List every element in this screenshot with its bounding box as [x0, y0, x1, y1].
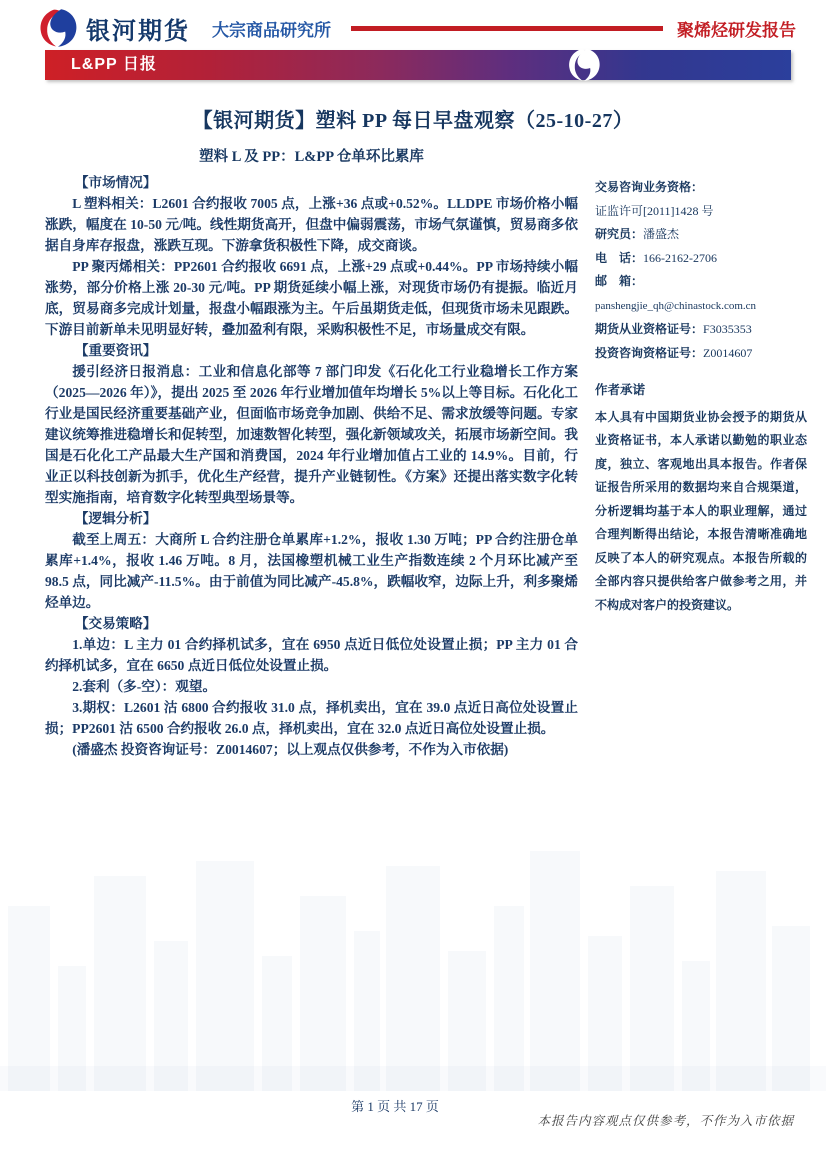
paragraph: 2.套利（多-空）：观望。: [45, 676, 578, 697]
section-heading-market: 【市场情况】: [45, 172, 578, 193]
section-heading-logic: 【逻辑分析】: [45, 508, 578, 529]
futures-cert-line: 期货从业资格证号：F3035353: [595, 322, 807, 337]
report-body: 【市场情况】 L 塑料相关：L2601 合约报收 7005 点，上涨+36 点或…: [45, 172, 578, 760]
researcher-line: 研究员：潘盛杰: [595, 227, 807, 242]
author-commitment: 作者承诺 本人具有中国期货业协会授予的期货从业资格证书，本人承诺以勤勉的职业态度…: [595, 383, 807, 618]
paragraph: 援引经济日报消息：工业和信息化部等 7 部门印发《石化化工行业稳增长工作方案（2…: [45, 361, 578, 508]
brand-name: 银河期货: [86, 11, 190, 46]
report-banner: L&PP 日报: [45, 50, 791, 80]
commitment-text: 本人具有中国期货业协会授予的期货从业资格证书，本人承诺以勤勉的职业态度，独立、客…: [595, 406, 807, 618]
paragraph: 截至上周五：大商所 L 合约注册仓单累库+1.2%，报收 1.30 万吨；PP …: [45, 529, 578, 613]
banner-title: L&PP 日报: [45, 50, 791, 80]
city-skyline-watermark: [0, 836, 826, 1091]
page-subtitle: 塑料 L 及 PP：L&PP 仓单环比累库: [45, 145, 578, 166]
email-label-line: 邮 箱：: [595, 274, 807, 289]
qualification-label: 交易咨询业务资格：: [595, 180, 807, 195]
phone-line: 电 话：166-2162-2706: [595, 251, 807, 266]
paragraph: L 塑料相关：L2601 合约报收 7005 点，上涨+36 点或+0.52%。…: [45, 193, 578, 256]
report-page: 银河期货 大宗商品研究所 聚烯烃研发报告 L&PP 日报 【银河期货】塑料 PP…: [0, 0, 826, 1169]
advisory-cert-line: 投资咨询资格证号：Z0014607: [595, 346, 807, 361]
footer-disclaimer: 本报告内容观点仅供参考，不作为入市依据: [537, 1111, 794, 1129]
institute-name: 大宗商品研究所: [212, 16, 331, 41]
author-sidebar: 交易咨询业务资格： 证监许可[2011]1428 号 研究员：潘盛杰 电 话：1…: [595, 180, 807, 617]
header-divider-line: [351, 26, 663, 31]
report-series-tag: 聚烯烃研发报告: [677, 16, 796, 41]
paragraph: 1.单边：L 主力 01 合约择机试多，宜在 6950 点近日低位处设置止损；P…: [45, 634, 578, 676]
qualification-value: 证监许可[2011]1428 号: [595, 204, 807, 219]
paragraph: PP 聚丙烯相关：PP2601 合约报收 6691 点，上涨+29 点或+0.4…: [45, 256, 578, 340]
commitment-title: 作者承诺: [595, 383, 807, 398]
email-address: panshengjie_qh@chinastock.com.cn: [595, 300, 756, 312]
header: 银河期货 大宗商品研究所 聚烯烃研发报告: [38, 7, 796, 49]
section-heading-news: 【重要资讯】: [45, 340, 578, 361]
page-title: 【银河期货】塑料 PP 每日早盘观察（25-10-27）: [0, 104, 826, 133]
email-value-line: panshengjie_qh@chinastock.com.cn: [595, 298, 807, 314]
banner-swirl-icon: [567, 47, 601, 83]
section-heading-strategy: 【交易策略】: [45, 613, 578, 634]
galaxy-swirl-icon: [38, 8, 78, 48]
paragraph: (潘盛杰 投资咨询证号：Z0014607；以上观点仅供参考，不作为入市依据): [45, 739, 578, 760]
paragraph: 3.期权：L2601 沽 6800 合约报收 31.0 点，择机卖出，宜在 39…: [45, 697, 578, 739]
